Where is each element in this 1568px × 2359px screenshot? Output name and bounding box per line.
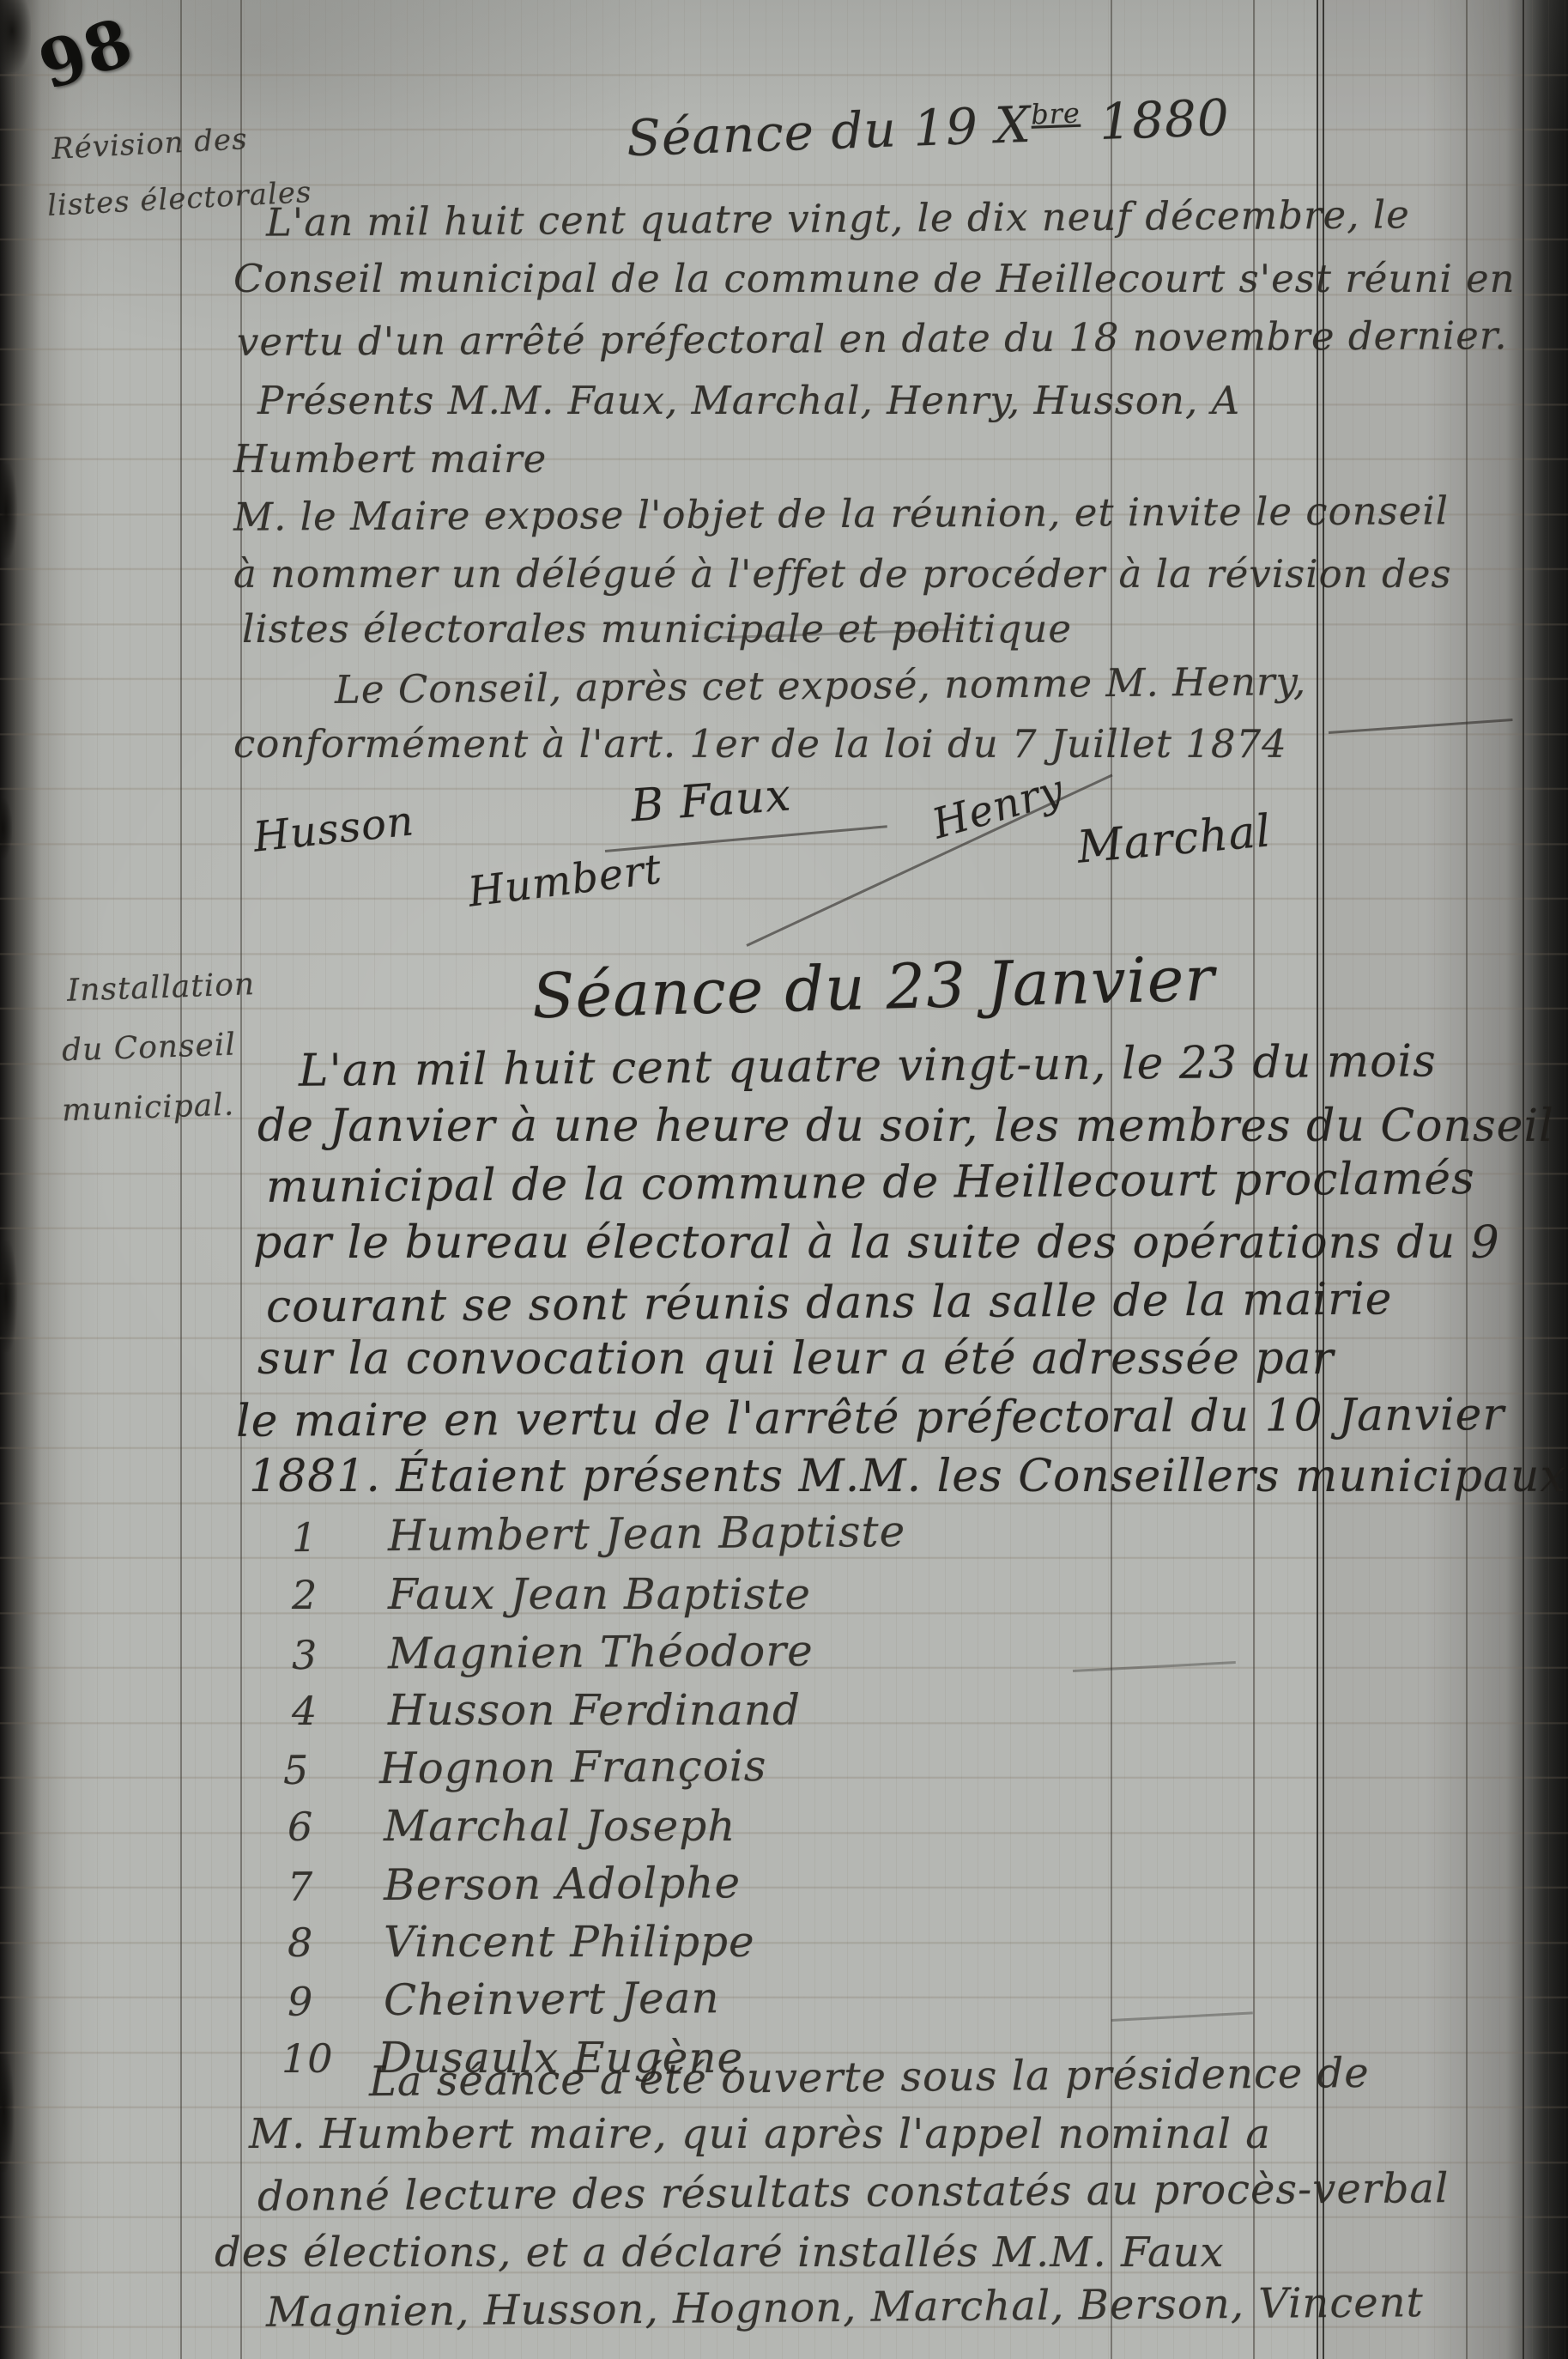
councillor-name: Faux Jean Baptiste — [388, 1569, 811, 1619]
manuscript-line: donné lecture des résultats constatés au… — [257, 2164, 1450, 2221]
binding-blot — [0, 0, 31, 72]
councillor-name: Hognon François — [379, 1741, 767, 1793]
councillor-number: 1 — [292, 1513, 388, 1561]
manuscript-line: des élections, et a déclaré installés M.… — [215, 2229, 1225, 2277]
manuscript-line: sur la convocation qui leur a été adress… — [257, 1333, 1335, 1385]
councillor-row: 1Humbert Jean Baptiste — [292, 1507, 906, 1562]
councillor-row: 3Magnien Théodore — [292, 1626, 814, 1679]
margin-note-installation-line2: du Conseil — [61, 1027, 236, 1068]
margin-note-installation-line3: municipal. — [61, 1088, 234, 1129]
manuscript-line: vertu d'un arrêté préfectoral en date du… — [237, 312, 1508, 365]
register-page: 98 Révision des listes électorales Séanc… — [0, 0, 1568, 2359]
councillor-number: 5 — [283, 1746, 379, 1793]
councillor-row: 5Hognon François — [283, 1741, 767, 1794]
councillor-name: Humbert Jean Baptiste — [388, 1507, 906, 1561]
manuscript-line: conformément à l'art. 1er de la loi du 7… — [233, 721, 1287, 767]
councillor-number: 6 — [288, 1804, 384, 1850]
seance1-title-year: 1880 — [1099, 88, 1231, 151]
councillor-row: 6Marchal Joseph — [288, 1801, 736, 1851]
manuscript-line: M. le Maire expose l'objet de la réunion… — [233, 488, 1449, 539]
councillor-number: 3 — [292, 1631, 388, 1678]
councillor-row: 9Cheinvert Jean — [288, 1973, 720, 2026]
councillor-number: 9 — [288, 1978, 384, 2025]
councillor-name: Marchal Joseph — [384, 1801, 736, 1851]
councillor-row: 8Vincent Philippe — [288, 1917, 755, 1967]
manuscript-line: M. Humbert maire, qui après l'appel nomi… — [249, 2110, 1271, 2158]
councillor-name: Magnien Théodore — [388, 1626, 814, 1678]
councillor-row: 4Husson Ferdinand — [292, 1685, 801, 1735]
manuscript-line: courant se sont réunis dans la salle de … — [266, 1273, 1393, 1332]
manuscript-line: 1881. Étaient présents M.M. les Conseill… — [249, 1451, 1566, 1502]
manuscript-line: L'an mil huit cent quatre vingt-un, le 2… — [299, 1035, 1437, 1097]
councillor-number: 8 — [288, 1919, 384, 1966]
councillor-name: Berson Adolphe — [384, 1858, 742, 1910]
manuscript-line: municipal de la commune de Heillecourt p… — [266, 1153, 1475, 1213]
manuscript-line: Conseil municipal de la commune de Heill… — [233, 256, 1516, 301]
councillor-row: 2Faux Jean Baptiste — [292, 1569, 811, 1619]
manuscript-line: le maire en vertu de l'arrêté préfectora… — [236, 1389, 1505, 1447]
manuscript-line: de Janvier à une heure du soir, les memb… — [257, 1101, 1554, 1152]
manuscript-line: par le bureau électoral à la suite des o… — [253, 1217, 1500, 1269]
binding-blot — [0, 464, 17, 558]
column-rule-line — [1523, 0, 1524, 2359]
manuscript-line: Le Conseil, après cet exposé, nomme M. H… — [335, 658, 1307, 713]
councillor-number: 2 — [292, 1572, 388, 1618]
manuscript-line: Magnien, Husson, Hognon, Marchal, Berson… — [266, 2278, 1424, 2337]
margin-rule-line — [180, 0, 182, 2359]
binding-blot — [0, 2052, 14, 2172]
manuscript-line: La séance a été ouverte sous la présiden… — [369, 2049, 1370, 2106]
seance1-title-superscript: bre — [1031, 96, 1081, 130]
manuscript-line: Présents M.M. Faux, Marchal, Henry, Huss… — [257, 378, 1240, 423]
councillor-number: 7 — [288, 1863, 384, 1910]
councillor-number: 4 — [292, 1688, 388, 1734]
councillor-name: Cheinvert Jean — [384, 1973, 720, 2025]
manuscript-line: à nommer un délégué à l'effet de procéde… — [233, 551, 1452, 597]
margin-note-installation-line1: Installation — [66, 967, 255, 1009]
councillor-name: Vincent Philippe — [384, 1917, 755, 1967]
binding-blot — [0, 798, 12, 858]
councillor-row: 7Berson Adolphe — [288, 1858, 742, 1911]
manuscript-line: L'an mil huit cent quatre vingt, le dix … — [266, 191, 1410, 245]
binding-blot — [0, 1240, 17, 1352]
manuscript-line: Humbert maire — [233, 436, 547, 482]
councillor-number: 10 — [282, 2035, 378, 2082]
councillor-name: Husson Ferdinand — [388, 1685, 801, 1735]
